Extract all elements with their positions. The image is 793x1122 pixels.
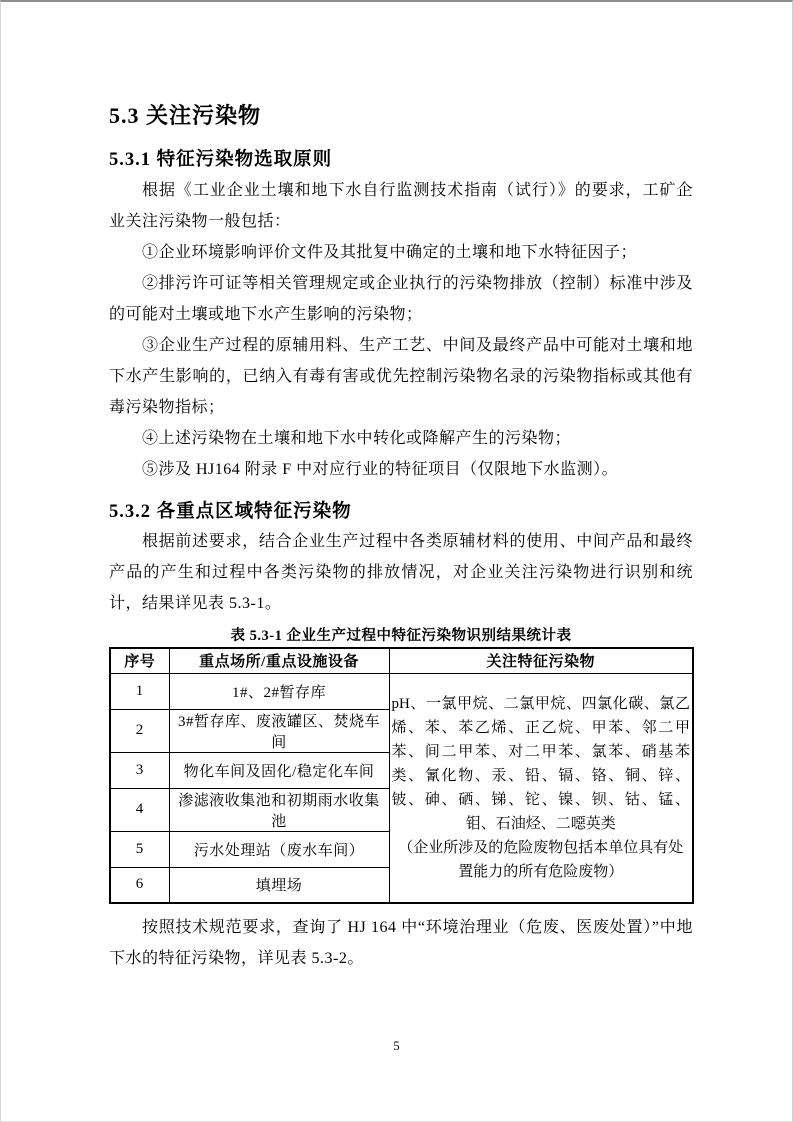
paragraph-intro: 根据《工业企业土壤和地下水自行监测技术指南（试行）》的要求，工矿企业关注污染物一…: [109, 175, 693, 237]
column-header-no: 序号: [110, 648, 169, 673]
row-no: 5: [110, 831, 169, 867]
section-heading-53: 5.3 关注污染物: [109, 102, 693, 129]
row-no: 1: [110, 673, 169, 709]
pollutants-table: 序号 重点场所/重点设施设备 关注特征污染物 1 1#、2#暂存库 pH、一氯甲…: [109, 647, 694, 904]
row-place: 1#、2#暂存库: [169, 673, 389, 709]
row-place: 填埋场: [169, 867, 389, 903]
list-item-1: ①企业环境影响评价文件及其批复中确定的土壤和地下水特征因子；: [109, 237, 693, 268]
subsection-heading-531: 5.3.1 特征污染物选取原则: [109, 150, 693, 171]
table-header-row: 序号 重点场所/重点设施设备 关注特征污染物: [110, 648, 693, 673]
paragraph-closing: 按照技术规范要求，查询了 HJ 164 中“环境治理业（危废、医废处置）”中地下…: [109, 912, 693, 974]
list-item-2: ②排污许可证等相关管理规定或企业执行的污染物排放（控制）标准中涉及的可能对土壤或…: [109, 268, 693, 330]
document-page: { "doc": { "heading_53": "5.3 关注污染物", "h…: [0, 0, 793, 1122]
row-place: 污水处理站（废水车间）: [169, 831, 389, 867]
row-no: 3: [110, 752, 169, 788]
row-no: 4: [110, 788, 169, 831]
pollutants-list: pH、一氯甲烷、二氯甲烷、四氯化碳、氯乙烯、苯、苯乙烯、正乙烷、甲苯、邻二甲苯、…: [392, 692, 691, 836]
row-place: 渗滤液收集池和初期雨水收集池: [169, 788, 389, 831]
table-row: 1 1#、2#暂存库 pH、一氯甲烷、二氯甲烷、四氯化碳、氯乙烯、苯、苯乙烯、正…: [110, 673, 693, 709]
list-item-5: ⑤涉及 HJ164 附录 F 中对应行业的特征项目（仅限地下水监测）。: [109, 454, 693, 485]
table-caption: 表 5.3-1 企业生产过程中特征污染物识别结果统计表: [109, 628, 693, 644]
page-number: 5: [1, 1039, 792, 1054]
column-header-pollutants: 关注特征污染物: [389, 648, 693, 673]
list-item-3: ③企业生产过程的原辅用料、生产工艺、中间及最终产品中可能对土壤和地下水产生影响的…: [109, 330, 693, 423]
row-no: 2: [110, 709, 169, 752]
row-no: 6: [110, 867, 169, 903]
paragraph-532: 根据前述要求，结合企业生产过程中各类原辅材料的使用、中间产品和最终产品的产生和过…: [109, 526, 693, 619]
row-place: 物化车间及固化/稳定化车间: [169, 752, 389, 788]
pollutants-merged-cell: pH、一氯甲烷、二氯甲烷、四氯化碳、氯乙烯、苯、苯乙烯、正乙烷、甲苯、邻二甲苯、…: [389, 673, 693, 903]
column-header-place: 重点场所/重点设施设备: [169, 648, 389, 673]
page-content: 5.3 关注污染物 5.3.1 特征污染物选取原则 根据《工业企业土壤和地下水自…: [109, 102, 693, 974]
subsection-heading-532: 5.3.2 各重点区域特征污染物: [109, 502, 693, 523]
list-item-4: ④上述污染物在土壤和地下水中转化或降解产生的污染物；: [109, 423, 693, 454]
row-place: 3#暂存库、废液罐区、焚烧车间: [169, 709, 389, 752]
pollutants-note: （企业所涉及的危险废物包括本单位具有处置能力的所有危险废物）: [392, 836, 691, 884]
